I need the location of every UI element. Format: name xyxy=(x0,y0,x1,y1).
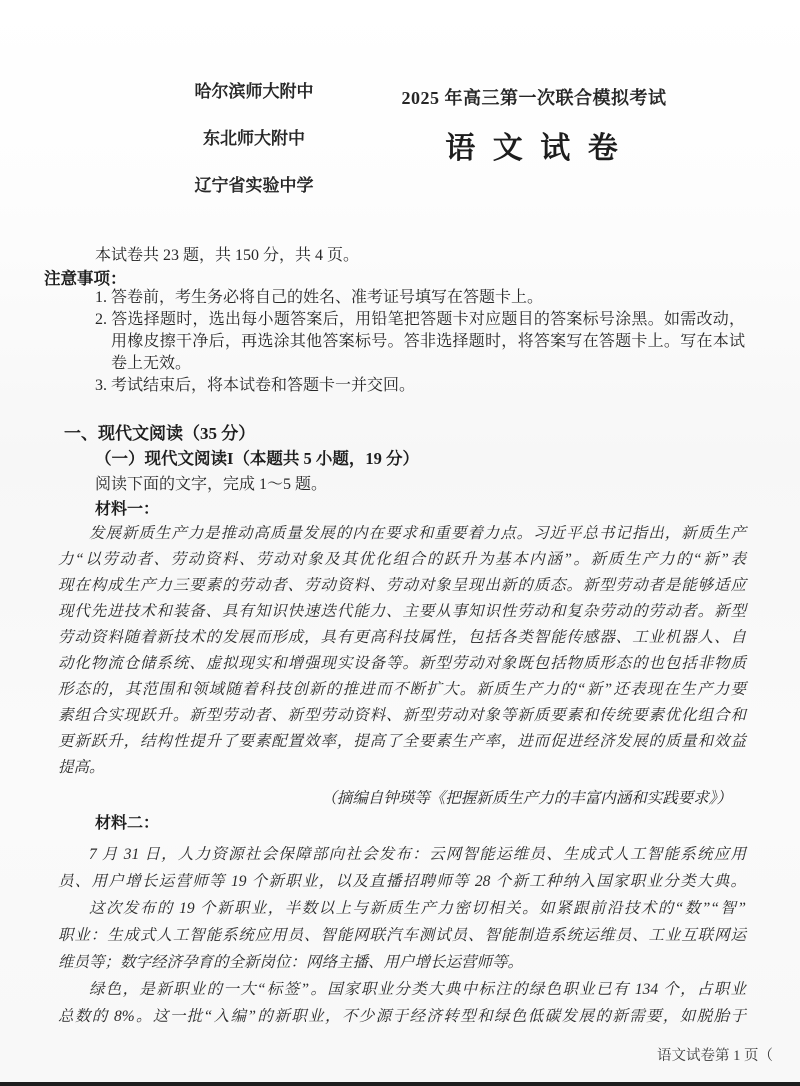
paper-meta: 本试卷共 23 题，共 150 分，共 4 页。 xyxy=(95,242,359,265)
material-line: 形态的，其范围和领域随着科技创新的推进而不断扩大。新质生产力的“新”还表现在生产… xyxy=(58,677,746,703)
school-name: 辽宁省实验中学 xyxy=(176,176,332,196)
material-line: 动化物流仓储系统、虚拟现实和增强现实设备等。新型劳动对象既包括物质形态的也包括非… xyxy=(58,651,746,677)
material-one-text: 发展新质生产力是推动高质量发展的内在要求和重要着力点。习近平总书记指出，新质生产… xyxy=(58,521,746,781)
notice-item-continuation: 卷上无效。 xyxy=(95,353,745,375)
notice-item: 1. 答卷前，考生务必将自己的姓名、准考证号填写在答题卡上。 xyxy=(95,287,745,309)
material-line: 素组合实现跃升。新型劳动者、新型劳动资料、新型劳动对象等新质要素和传统要素优化组… xyxy=(58,703,746,729)
notice-item: 2. 答选择题时，选出每小题答案后，用铅笔把答题卡对应题目的答案标号涂黑。如需改… xyxy=(95,309,745,331)
material-two-text: 7 月 31 日，人力资源社会保障部向社会发布：云网智能运维员、生成式人工智能系… xyxy=(58,841,746,1030)
material-line: 员、用户增长运营师等 19 个新职业，以及直播招聘师等 28 个新工种纳入国家职… xyxy=(58,868,746,895)
reading-instruction: 阅读下面的文字，完成 1～5 题。 xyxy=(95,471,327,494)
title-block: 2025 年高三第一次联合模拟考试 语 文 试 卷 xyxy=(378,84,690,167)
material-line: 发展新质生产力是推动高质量发展的内在要求和重要着力点。习近平总书记指出，新质生产 xyxy=(58,521,746,547)
material-one-label: 材料一： xyxy=(95,496,159,519)
notice-item: 3. 考试结束后，将本试卷和答题卡一并交回。 xyxy=(95,375,745,397)
material-line: 绿色，是新职业的一大“标签”。国家职业分类大典中标注的绿色职业已有 134 个，… xyxy=(58,976,746,1003)
notice-list: 1. 答卷前，考生务必将自己的姓名、准考证号填写在答题卡上。 2. 答选择题时，… xyxy=(95,287,745,397)
material-line: 力“以劳动者、劳动资料、劳动对象及其优化组合的跃升为基本内涵”。新质生产力的“新… xyxy=(58,547,746,573)
notice-heading: 注意事项： xyxy=(44,265,127,289)
school-list: 哈尔滨师大附中 东北师大附中 辽宁省实验中学 xyxy=(176,82,332,223)
material-line: 现代先进技术和装备、具有知识快速迭代能力、主要从事知识性劳动和复杂劳动的劳动者。… xyxy=(58,599,746,625)
material-line: 7 月 31 日，人力资源社会保障部向社会发布：云网智能运维员、生成式人工智能系… xyxy=(58,841,746,868)
material-line: 提高。 xyxy=(58,755,746,781)
paper-title: 语 文 试 卷 xyxy=(378,123,690,167)
material-line: 现在构成生产力三要素的劳动者、劳动资料、劳动对象呈现出新的质态。新型劳动者是能够… xyxy=(58,573,746,599)
material-line: 更新跃升，结构性提升了要素配置效率，提高了全要素生产率，进而促进经济发展的质量和… xyxy=(58,729,746,755)
material-line: 总数的 8%。这一批“入编”的新职业，不少源于经济转型和绿色低碳发展的新需要，如… xyxy=(58,1003,746,1030)
notice-item-continuation: 用橡皮擦干净后，再选涂其他答案标号。答非选择题时，将答案写在答题卡上。写在本试 xyxy=(95,331,745,353)
material-two-label: 材料二： xyxy=(95,810,159,833)
exam-paper-page: 哈尔滨师大附中 东北师大附中 辽宁省实验中学 2025 年高三第一次联合模拟考试… xyxy=(0,0,800,1086)
material-line: 维员等；数字经济孕育的全新岗位：网络主播、用户增长运营师等。 xyxy=(58,949,746,976)
material-line: 这次发布的 19 个新职业，半数以上与新质生产力密切相关。如紧跟前沿技术的“数”… xyxy=(58,895,746,922)
footer-page-number: 语文试卷第 1 页（ xyxy=(657,1044,773,1065)
school-name: 哈尔滨师大附中 xyxy=(176,82,332,102)
section-heading: 一、现代文阅读（35 分） xyxy=(64,419,255,444)
subsection-heading: （一）现代文阅读I（本题共 5 小题，19 分） xyxy=(95,445,419,469)
material-one-source: （摘编自钟瑛等《把握新质生产力的丰富内涵和实践要求》） xyxy=(58,786,732,808)
exam-session-title: 2025 年高三第一次联合模拟考试 xyxy=(378,84,690,110)
material-line: 职业：生成式人工智能系统应用员、智能网联汽车测试员、智能制造系统运维员、工业互联… xyxy=(58,922,746,949)
school-name: 东北师大附中 xyxy=(176,129,332,149)
page-bottom-edge-line xyxy=(0,1082,800,1086)
material-line: 劳动资料随着新技术的发展而形成，具有更高科技属性，包括各类智能传感器、工业机器人… xyxy=(58,625,746,651)
